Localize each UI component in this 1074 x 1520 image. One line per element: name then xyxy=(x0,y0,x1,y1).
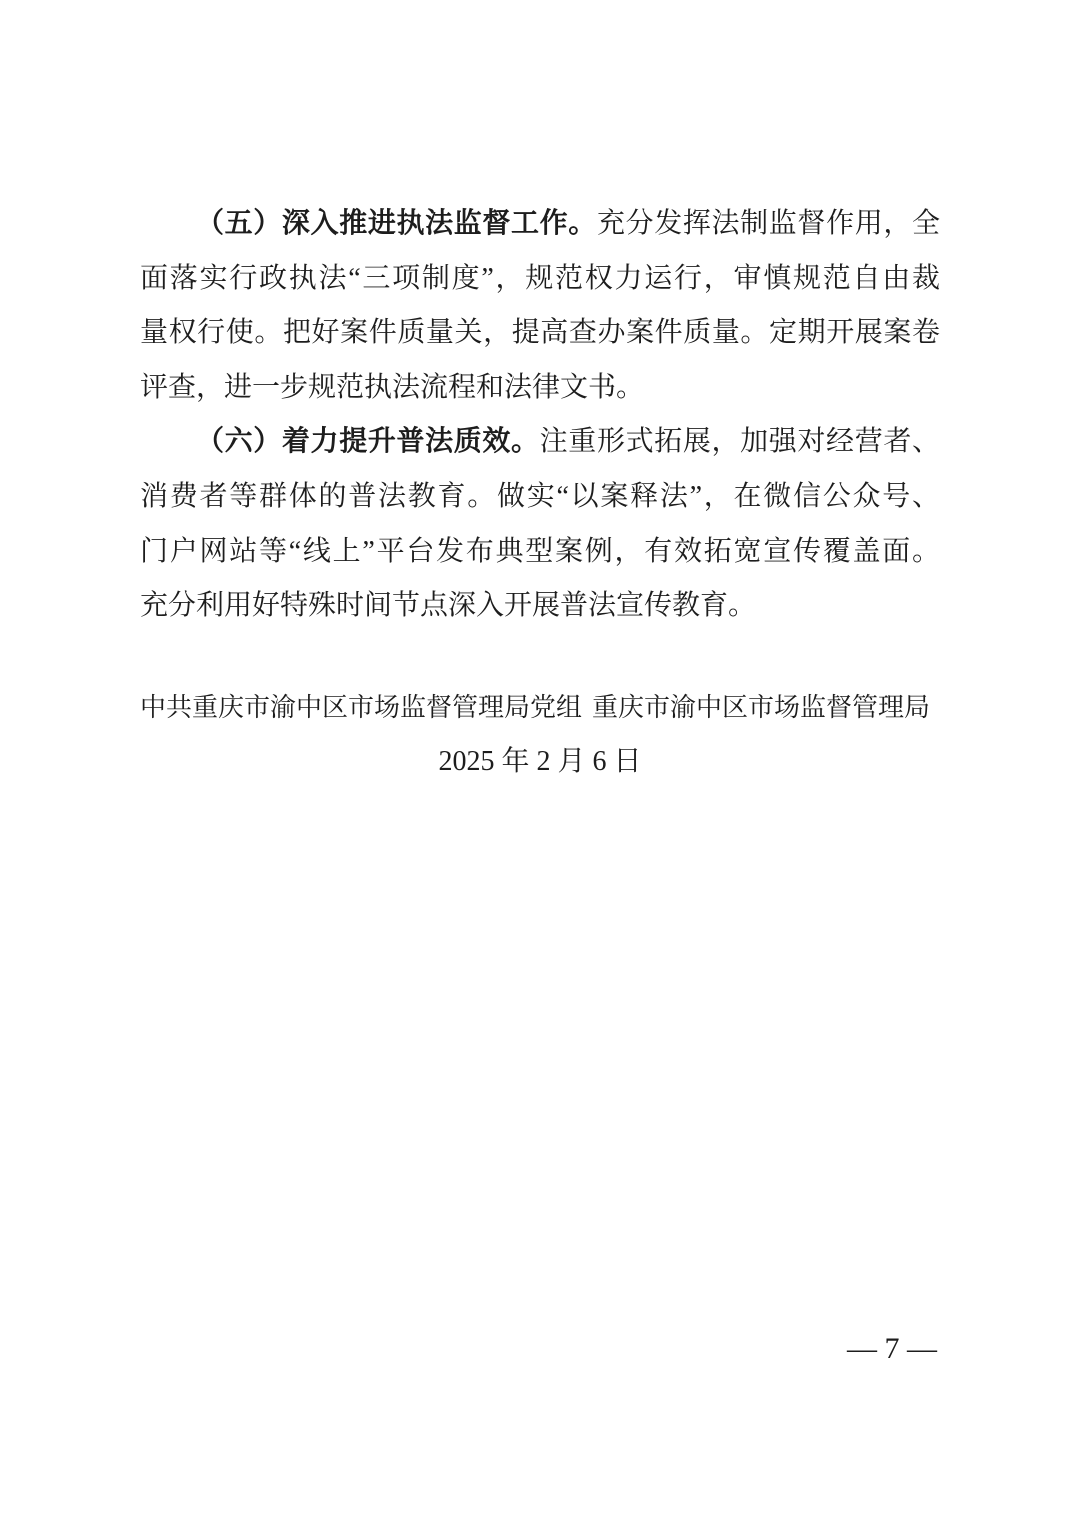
paragraph-5-line-2: 面落实行政执法“三项制度”，规范权力运行，审慎规范自由裁 xyxy=(140,252,940,307)
paragraph-6-line-3: 门户网站等“线上”平台发布典型案例，有效拓宽宣传覆盖面。 xyxy=(140,525,940,580)
paragraph-item-6: （六）着力提升普法质效。注重形式拓展，加强对经营者、 消费者等群体的普法教育。做… xyxy=(140,415,940,633)
document-date: 2025 年 2 月 6 日 xyxy=(140,735,940,790)
document-body: （五）深入推进执法监督工作。充分发挥法制监督作用，全 面落实行政执法“三项制度”… xyxy=(140,197,940,790)
paragraph-5-line-1: （五）深入推进执法监督工作。充分发挥法制监督作用，全 xyxy=(140,197,940,252)
paragraph-6-line-2: 消费者等群体的普法教育。做实“以案释法”，在微信公众号、 xyxy=(140,470,940,525)
signature-line: 中共重庆市渝中区市场监督管理局党组 重庆市渝中区市场监督管理局 xyxy=(140,681,930,736)
signature-bureau: 重庆市渝中区市场监督管理局 xyxy=(592,681,930,736)
page-number: — 7 — xyxy=(847,1334,937,1364)
paragraph-5-line-3: 量权行使。把好案件质量关，提高查办案件质量。定期开展案卷 xyxy=(140,306,940,361)
paragraph-5-line-4: 评查，进一步规范执法流程和法律文书。 xyxy=(140,361,940,416)
paragraph-5-lead: （五）深入推进执法监督工作。 xyxy=(196,208,597,239)
document-page: （五）深入推进执法监督工作。充分发挥法制监督作用，全 面落实行政执法“三项制度”… xyxy=(0,0,1074,1520)
paragraph-item-5: （五）深入推进执法监督工作。充分发挥法制监督作用，全 面落实行政执法“三项制度”… xyxy=(140,197,940,415)
paragraph-6-line-1: （六）着力提升普法质效。注重形式拓展，加强对经营者、 xyxy=(140,415,940,470)
signature-party-group: 中共重庆市渝中区市场监督管理局党组 xyxy=(140,681,582,736)
paragraph-6-text: 注重形式拓展，加强对经营者、 xyxy=(540,426,940,457)
paragraph-6-lead: （六）着力提升普法质效。 xyxy=(196,426,540,457)
paragraph-6-line-4: 充分利用好特殊时间节点深入开展普法宣传教育。 xyxy=(140,579,940,634)
paragraph-5-text: 充分发挥法制监督作用，全 xyxy=(597,208,940,239)
